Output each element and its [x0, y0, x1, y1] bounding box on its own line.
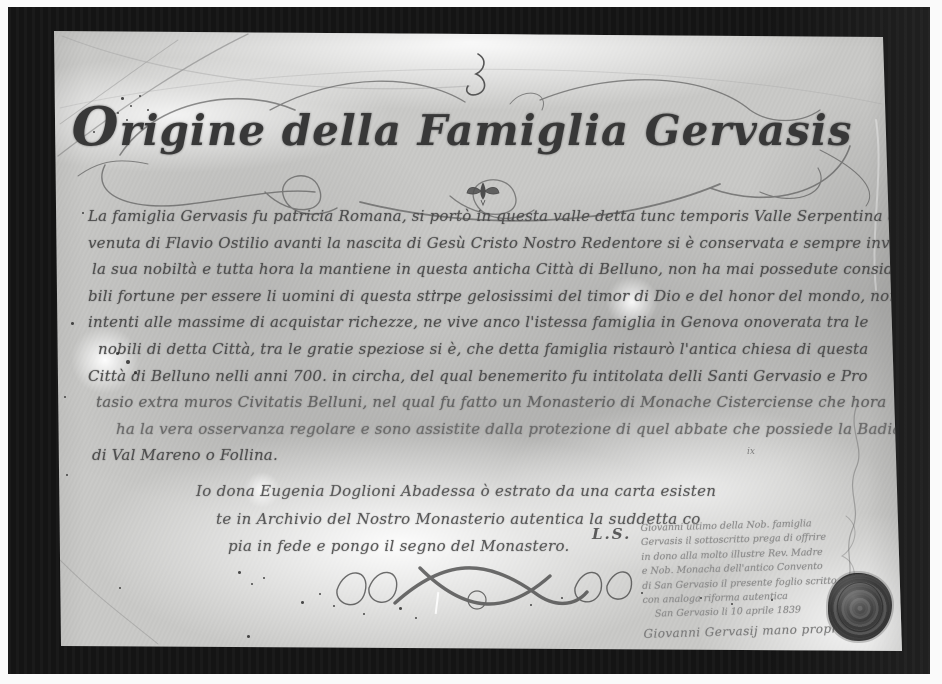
- ink-speck: [238, 571, 241, 574]
- ink-speck: [333, 605, 335, 607]
- ink-speck: [126, 360, 130, 364]
- manuscript-line: La famiglia Gervasis fu patricia Romana,…: [88, 203, 883, 230]
- ink-speck: [771, 599, 773, 601]
- ink-speck: [301, 601, 304, 604]
- ink-speck: [139, 95, 141, 97]
- ink-speck: [82, 212, 84, 214]
- ink-speck: [700, 597, 702, 599]
- ink-speck: [116, 352, 119, 355]
- ink-speck: [147, 109, 149, 111]
- locus-sigilli-label: L.S.: [592, 527, 631, 542]
- ink-speck: [319, 593, 321, 595]
- ink-speck: [71, 322, 74, 325]
- document-body: La famiglia Gervasis fu patricia Romana,…: [88, 203, 883, 469]
- manuscript-line: di Val Mareno o Follina.: [88, 442, 883, 469]
- ink-speck: [641, 592, 643, 594]
- ink-speck: [731, 603, 733, 605]
- manuscript-line: bili fortune per essere li uomini di que…: [88, 283, 883, 310]
- ink-speck: [119, 587, 121, 589]
- manuscript-line: intenti alle massime di acquistar richez…: [88, 309, 883, 336]
- manuscript-line: venuta di Flavio Ostilio avanti la nasci…: [88, 230, 883, 257]
- ink-speck: [117, 112, 119, 114]
- marginal-mark: ix: [747, 448, 755, 457]
- parchment: Origine della Famiglia Gervasis La famig…: [0, 0, 942, 684]
- ink-speck: [399, 607, 402, 610]
- ink-speck: [530, 604, 532, 606]
- document-title: Origine della Famiglia Gervasis: [72, 100, 853, 154]
- manuscript-line: ha la vera osservanza regolare e sono as…: [88, 416, 883, 443]
- ink-speck: [247, 635, 250, 638]
- manuscript-line: tasio extra muros Civitatis Belluni, nel…: [88, 389, 883, 416]
- ink-speck: [363, 613, 365, 615]
- side-note: Giovanni ultimo della Nob. famiglia Gerv…: [640, 516, 853, 642]
- photographed-document: Origine della Famiglia Gervasis La famig…: [0, 0, 942, 684]
- ink-speck: [134, 371, 137, 374]
- ink-speck: [434, 292, 436, 294]
- manuscript-line: nobili di detta Città, tra le gratie spe…: [88, 336, 883, 363]
- closing-line: Io dona Eugenia Doglioni Abadessa ò estr…: [196, 478, 716, 506]
- ink-speck: [66, 474, 68, 476]
- ink-speck: [561, 597, 563, 599]
- ink-speck: [93, 131, 95, 133]
- closing-line: te in Archivio del Nostro Monasterio aut…: [196, 506, 716, 534]
- ink-speck: [126, 119, 128, 121]
- manuscript-line: la sua nobiltà e tutta hora la mantiene …: [88, 256, 883, 283]
- ink-speck: [251, 583, 253, 585]
- ink-speck: [449, 300, 451, 302]
- bottom-flourish-icon: [325, 548, 655, 624]
- ink-speck: [64, 396, 66, 398]
- ink-speck: [121, 97, 124, 100]
- manuscript-line: Città di Belluno nelli anni 700. in circ…: [88, 363, 883, 390]
- ink-speck: [263, 577, 265, 579]
- ink-speck: [415, 617, 417, 619]
- ink-speck: [130, 105, 132, 107]
